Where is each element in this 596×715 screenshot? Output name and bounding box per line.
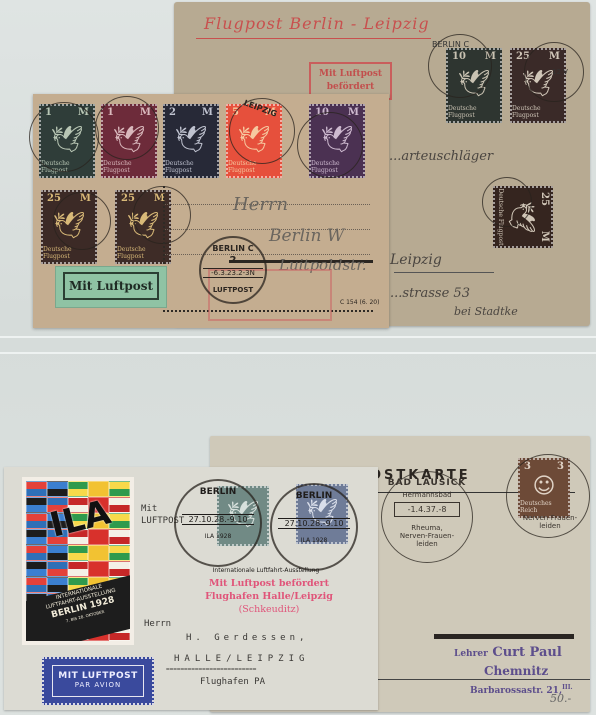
postmark-bad-lausick: BAD LAUSICK Hermannsbad -1.4.37.-8 Rheum… xyxy=(381,471,473,563)
flag-tile xyxy=(68,481,89,497)
address-city: HALLE/LEIPZIG xyxy=(174,654,309,664)
address-line: ...strasse 53 xyxy=(390,286,470,301)
flag-tile xyxy=(109,481,130,497)
typed-mit: Mit xyxy=(141,504,157,514)
flag-tile xyxy=(47,545,68,561)
flag-tile xyxy=(88,561,109,577)
flag-tile xyxy=(26,513,47,529)
flag-tile xyxy=(68,545,89,561)
ila-vignette: ILA INTERNATIONALE LUFTFAHRT-AUSSTELLUNG… xyxy=(22,477,134,645)
postmark-ila: BERLIN 27.10.28.-9.10 ILA 1928 xyxy=(174,479,262,567)
postmark-berlin-c: BERLIN C 2 -6.3.23.2-3N LUFTPOST xyxy=(199,236,267,304)
address-name: H. Gerdessen, xyxy=(186,633,308,643)
flag-tile xyxy=(26,497,47,513)
sender-name: Lehrer Curt Paul xyxy=(454,645,562,660)
postmark-ila: BERLIN 27.10.28.-9.10 ILA 1928 xyxy=(270,483,358,571)
flag-tile xyxy=(26,529,47,545)
sleeve-divider xyxy=(0,352,596,354)
stamp-2m-blue: 2M 🕊 Deutsche Flugpost xyxy=(163,104,219,178)
flag-tile xyxy=(109,545,130,561)
address-location: Flughafen PA xyxy=(200,677,265,687)
flag-tile xyxy=(26,481,47,497)
sender-city: Chemnitz xyxy=(484,664,548,678)
postmark-text: BERLIN C xyxy=(432,40,469,49)
airmail-card-1923: 1M 🕊 Deutsche Flugpost 1M 🕊 Deutsche Flu… xyxy=(33,94,389,328)
pencil-price: 50.- xyxy=(550,692,571,705)
address-guide xyxy=(165,254,370,255)
flag-tile xyxy=(109,561,130,577)
dove-icon: 🕊 xyxy=(174,127,207,153)
postmark xyxy=(29,102,99,172)
underline xyxy=(196,38,431,39)
flag-tile xyxy=(88,545,109,561)
pink-cachet: Mit Luftpost befördert Flughafen Halle/L… xyxy=(194,577,344,616)
address-line: Leipzig xyxy=(390,252,442,268)
flag-tile xyxy=(109,497,130,513)
postmark-text: Nerven-Frauen- leiden xyxy=(515,514,585,530)
flag-tile xyxy=(26,545,47,561)
address-line: Herrn xyxy=(233,194,288,215)
postmark xyxy=(95,96,159,160)
flag-tile xyxy=(26,561,47,577)
underline xyxy=(394,272,494,273)
flag-tile xyxy=(26,577,47,593)
flag-tile xyxy=(47,561,68,577)
postmark xyxy=(53,192,111,250)
postmark-ring-text: Internationale Luftfahrt-Ausstellung xyxy=(176,567,356,574)
address-salutation: Herrn xyxy=(144,619,171,629)
address-line: bei Stadtke xyxy=(454,305,518,318)
postmark xyxy=(297,112,363,178)
address-bar xyxy=(434,634,574,639)
address-rule xyxy=(360,679,590,680)
handwritten-header: Flugpost Berlin - Leipzig xyxy=(204,14,430,33)
address-line: Berlin W xyxy=(269,226,344,246)
postmark-berlin xyxy=(482,177,532,227)
airmail-label-blue: MIT LUFTPOST PAR AVION xyxy=(42,657,154,705)
sleeve-divider xyxy=(0,336,596,338)
flag-tile xyxy=(47,481,68,497)
address-rule: ========================= xyxy=(166,666,256,673)
ila-airmail-cover: ILA INTERNATIONALE LUFTFAHRT-AUSSTELLUNG… xyxy=(4,467,378,710)
postmark-time: 12 V xyxy=(552,68,568,76)
form-number: C 154 (6. 20) xyxy=(340,299,379,306)
flag-tile xyxy=(68,561,89,577)
address-line: ...arteuschläger xyxy=(389,149,493,164)
airmail-label-green: Mit Luftpost xyxy=(55,266,167,308)
